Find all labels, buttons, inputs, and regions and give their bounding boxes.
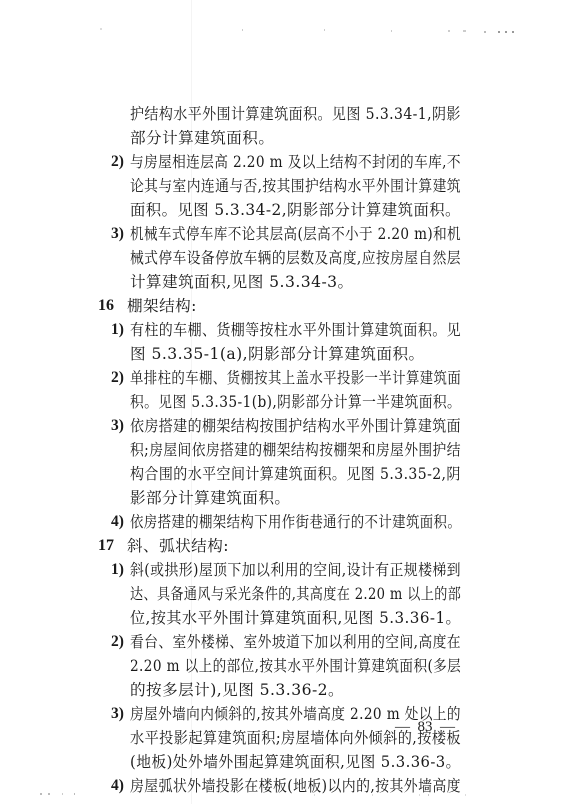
item-text: 依房搭建的棚架结构按围护结构水平外围计算建筑面 xyxy=(130,414,461,438)
list-item: 4)房屋弧状外墙投影在楼板(地板)以内的,按其外墙高度 xyxy=(0,774,570,798)
continuation-line: 积。见图 5.3.35-1(b),阴影部分计算一半建筑面积。 xyxy=(0,390,570,414)
paragraph-text: 积;房屋间依房搭建的棚架结构按棚架和房屋外围护结 xyxy=(130,438,461,462)
section-title: 棚架结构: xyxy=(127,294,197,318)
item-marker: 4) xyxy=(111,774,124,798)
paragraph-text: 部分计算建筑面积。 xyxy=(130,126,274,150)
list-item: 1)斜(或拱形)屋顶下加以利用的空间,设计有正规楼梯到 xyxy=(0,558,570,582)
list-item: 3)机械车式停车库不论其层高(层高不小于 2.20 m)和机 xyxy=(0,222,570,246)
list-item: 3)房屋外墙向内倾斜的,按其外墙高度 2.20 m 处以上的 xyxy=(0,702,570,726)
item-text: 依房搭建的棚架结构下用作街巷通行的不计建筑面积。 xyxy=(130,510,461,534)
paragraph-text: 构合围的水平空间计算建筑面积。见图 5.3.35-2,阴 xyxy=(130,462,461,486)
paragraph-text: 计算建筑面积,见图 5.3.34-3。 xyxy=(130,270,354,294)
section-title: 斜、弧状结构: xyxy=(127,534,229,558)
item-text: 房屋弧状外墙投影在楼板(地板)以内的,按其外墙高度 xyxy=(130,774,461,798)
continuation-line: 的按多层计),见图 5.3.36-2。 xyxy=(0,678,570,702)
paragraph-text: 的按多层计),见图 5.3.36-2。 xyxy=(130,678,344,702)
item-text: 与房屋相连层高 2.20 m 及以上结构不封闭的车库,不 xyxy=(130,150,461,174)
paragraph-text: 护结构水平外围计算建筑面积。见图 5.3.34-1,阴影 xyxy=(130,102,461,126)
continuation-line: 械式停车设备停放车辆的层数及高度,应按房屋自然层 xyxy=(0,246,570,270)
continuation-line: 达、具备通风与采光条件的,其高度在 2.20 m 以上的部 xyxy=(0,582,570,606)
item-text: 看台、室外楼梯、室外坡道下加以利用的空间,高度在 xyxy=(130,630,461,654)
list-item: 1)有柱的车棚、货棚等按柱水平外围计算建筑面积。见 xyxy=(0,318,570,342)
continuation-line: 构合围的水平空间计算建筑面积。见图 5.3.35-2,阴 xyxy=(0,462,570,486)
section-heading: 16棚架结构: xyxy=(0,294,570,318)
continuation-line: 图 5.3.35-1(a),阴影部分计算建筑面积。 xyxy=(0,342,570,366)
paragraph-text: 图 5.3.35-1(a),阴影部分计算建筑面积。 xyxy=(130,342,425,366)
item-marker: 1) xyxy=(111,318,124,342)
continuation-line: 部分计算建筑面积。 xyxy=(0,126,570,150)
item-text: 斜(或拱形)屋顶下加以利用的空间,设计有正规楼梯到 xyxy=(130,558,461,582)
paragraph-text: 论其与室内连通与否,按其围护结构水平外围计算建筑 xyxy=(130,174,461,198)
item-marker: 3) xyxy=(111,222,124,246)
item-marker: 3) xyxy=(111,702,124,726)
item-marker: 2) xyxy=(111,150,124,174)
list-item: 4)依房搭建的棚架结构下用作街巷通行的不计建筑面积。 xyxy=(0,510,570,534)
continuation-line: 计算建筑面积,见图 5.3.34-3。 xyxy=(0,270,570,294)
continuation-line: 护结构水平外围计算建筑面积。见图 5.3.34-1,阴影 xyxy=(0,102,570,126)
paragraph-text: 积。见图 5.3.35-1(b),阴影部分计算一半建筑面积。 xyxy=(130,390,461,414)
item-marker: 2) xyxy=(111,630,124,654)
continuation-line: 水平投影起算建筑面积;房屋墙体向外倾斜的,按楼板 xyxy=(0,726,570,750)
paragraph-text: (地板)处外墙外围起算建筑面积,见图 5.3.36-3。 xyxy=(130,750,461,774)
list-item: 3)依房搭建的棚架结构按围护结构水平外围计算建筑面 xyxy=(0,414,570,438)
item-text: 单排柱的车棚、货棚按其上盖水平投影一半计算建筑面 xyxy=(130,366,461,390)
paragraph-text: 面积。见图 5.3.34-2,阴影部分计算建筑面积。 xyxy=(130,198,461,222)
item-marker: 4) xyxy=(111,510,124,534)
section-heading: 17斜、弧状结构: xyxy=(0,534,570,558)
item-marker: 1) xyxy=(111,558,124,582)
list-item: 2)单排柱的车棚、货棚按其上盖水平投影一半计算建筑面 xyxy=(0,366,570,390)
paragraph-text: 位,按其水平外围计算建筑面积,见图 5.3.36-1。 xyxy=(130,606,461,630)
paragraph-text: 械式停车设备停放车辆的层数及高度,应按房屋自然层 xyxy=(130,246,461,270)
document-page: 护结构水平外围计算建筑面积。见图 5.3.34-1,阴影部分计算建筑面积。2)与… xyxy=(0,0,570,804)
list-item: 2)看台、室外楼梯、室外坡道下加以利用的空间,高度在 xyxy=(0,630,570,654)
item-text: 机械车式停车库不论其层高(层高不小于 2.20 m)和机 xyxy=(130,222,461,246)
continuation-line: 位,按其水平外围计算建筑面积,见图 5.3.36-1。 xyxy=(0,606,570,630)
paragraph-text: 达、具备通风与采光条件的,其高度在 2.20 m 以上的部 xyxy=(130,582,461,606)
page-number: — 83 — xyxy=(390,716,460,738)
section-number: 16 xyxy=(98,294,114,318)
continuation-line: 影部分计算建筑面积。 xyxy=(0,486,570,510)
paragraph-text: 影部分计算建筑面积。 xyxy=(130,486,290,510)
list-item: 2)与房屋相连层高 2.20 m 及以上结构不封闭的车库,不 xyxy=(0,150,570,174)
paragraph-text: 2.20 m 以上的部位,按其水平外围计算建筑面积(多层 xyxy=(130,654,461,678)
continuation-line: 积;房屋间依房搭建的棚架结构按棚架和房屋外围护结 xyxy=(0,438,570,462)
section-number: 17 xyxy=(98,534,114,558)
item-text: 有柱的车棚、货棚等按柱水平外围计算建筑面积。见 xyxy=(130,318,461,342)
item-marker: 2) xyxy=(111,366,124,390)
continuation-line: 面积。见图 5.3.34-2,阴影部分计算建筑面积。 xyxy=(0,198,570,222)
continuation-line: (地板)处外墙外围起算建筑面积,见图 5.3.36-3。 xyxy=(0,750,570,774)
continuation-line: 论其与室内连通与否,按其围护结构水平外围计算建筑 xyxy=(0,174,570,198)
item-marker: 3) xyxy=(111,414,124,438)
continuation-line: 2.20 m 以上的部位,按其水平外围计算建筑面积(多层 xyxy=(0,654,570,678)
